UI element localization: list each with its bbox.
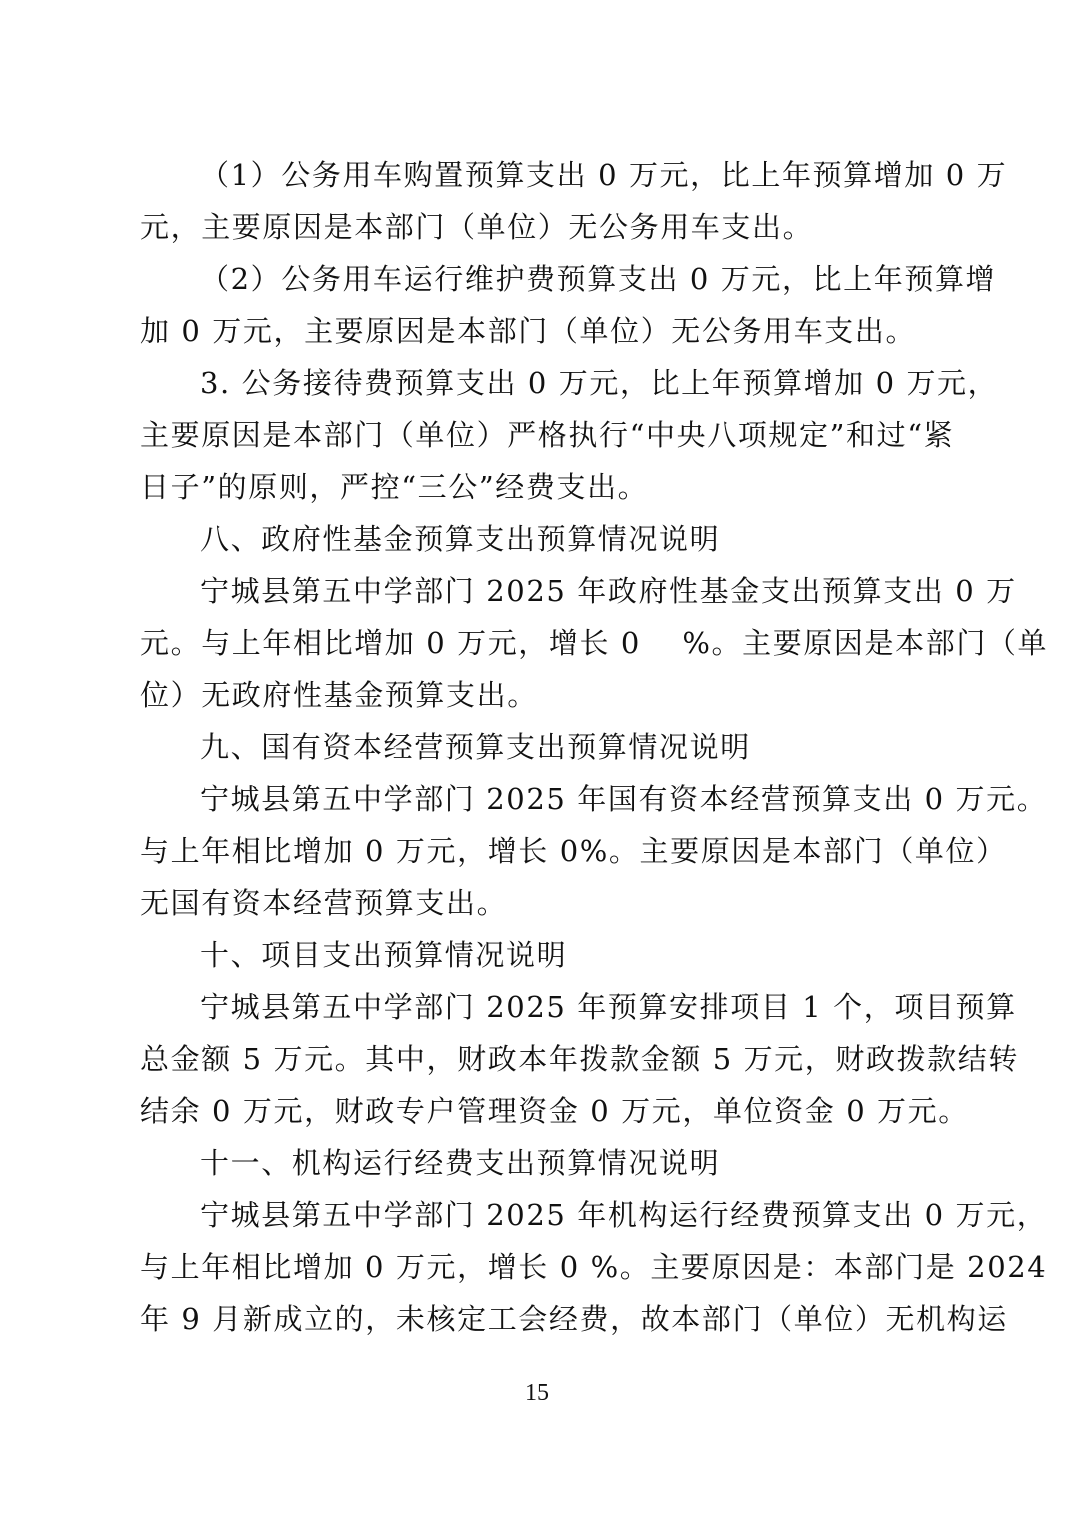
paragraph-line: 宁城县第五中学部门 2025 年预算安排项目 1 个，项目预算 bbox=[200, 987, 936, 1027]
paragraph-line: 与上年相比增加 0 万元，增长 0%。主要原因是本部门（单位） bbox=[140, 831, 936, 871]
section-heading: 八、政府性基金预算支出预算情况说明 bbox=[200, 519, 936, 559]
paragraph-line: 3. 公务接待费预算支出 0 万元，比上年预算增加 0 万元， bbox=[200, 363, 936, 403]
paragraph-line: 元，主要原因是本部门（单位）无公务用车支出。 bbox=[140, 207, 936, 247]
section-heading: 十、项目支出预算情况说明 bbox=[200, 935, 936, 975]
paragraph-line: （2）公务用车运行维护费预算支出 0 万元，比上年预算增 bbox=[200, 259, 936, 299]
paragraph-line: 年 9 月新成立的，未核定工会经费，故本部门（单位）无机构运 bbox=[140, 1299, 936, 1339]
paragraph-line: 日子”的原则，严控“三公”经费支出。 bbox=[140, 467, 936, 507]
section-heading: 十一、机构运行经费支出预算情况说明 bbox=[200, 1143, 936, 1183]
paragraph-line: 加 0 万元，主要原因是本部门（单位）无公务用车支出。 bbox=[140, 311, 936, 351]
document-page: （1）公务用车购置预算支出 0 万元，比上年预算增加 0 万 元，主要原因是本部… bbox=[0, 0, 1074, 1520]
paragraph-line: 宁城县第五中学部门 2025 年国有资本经营预算支出 0 万元。 bbox=[200, 779, 936, 819]
paragraph-line: 宁城县第五中学部门 2025 年政府性基金支出预算支出 0 万 bbox=[200, 571, 936, 611]
paragraph-line: 宁城县第五中学部门 2025 年机构运行经费预算支出 0 万元， bbox=[200, 1195, 936, 1235]
paragraph-line: 与上年相比增加 0 万元，增长 0 %。主要原因是：本部门是 2024 bbox=[140, 1247, 936, 1287]
paragraph-line: 主要原因是本部门（单位）严格执行“中央八项规定”和过“紧 bbox=[140, 415, 936, 455]
paragraph-line: （1）公务用车购置预算支出 0 万元，比上年预算增加 0 万 bbox=[200, 155, 936, 195]
paragraph-line: 结余 0 万元，财政专户管理资金 0 万元，单位资金 0 万元。 bbox=[140, 1091, 936, 1131]
paragraph-line: 元。与上年相比增加 0 万元，增长 0 %。主要原因是本部门（单 bbox=[140, 623, 936, 663]
section-heading: 九、国有资本经营预算支出预算情况说明 bbox=[200, 727, 936, 767]
paragraph-line: 无国有资本经营预算支出。 bbox=[140, 883, 936, 923]
paragraph-line: 位）无政府性基金预算支出。 bbox=[140, 675, 936, 715]
page-number: 15 bbox=[0, 1378, 1074, 1408]
paragraph-line: 总金额 5 万元。其中，财政本年拨款金额 5 万元，财政拨款结转 bbox=[140, 1039, 936, 1079]
